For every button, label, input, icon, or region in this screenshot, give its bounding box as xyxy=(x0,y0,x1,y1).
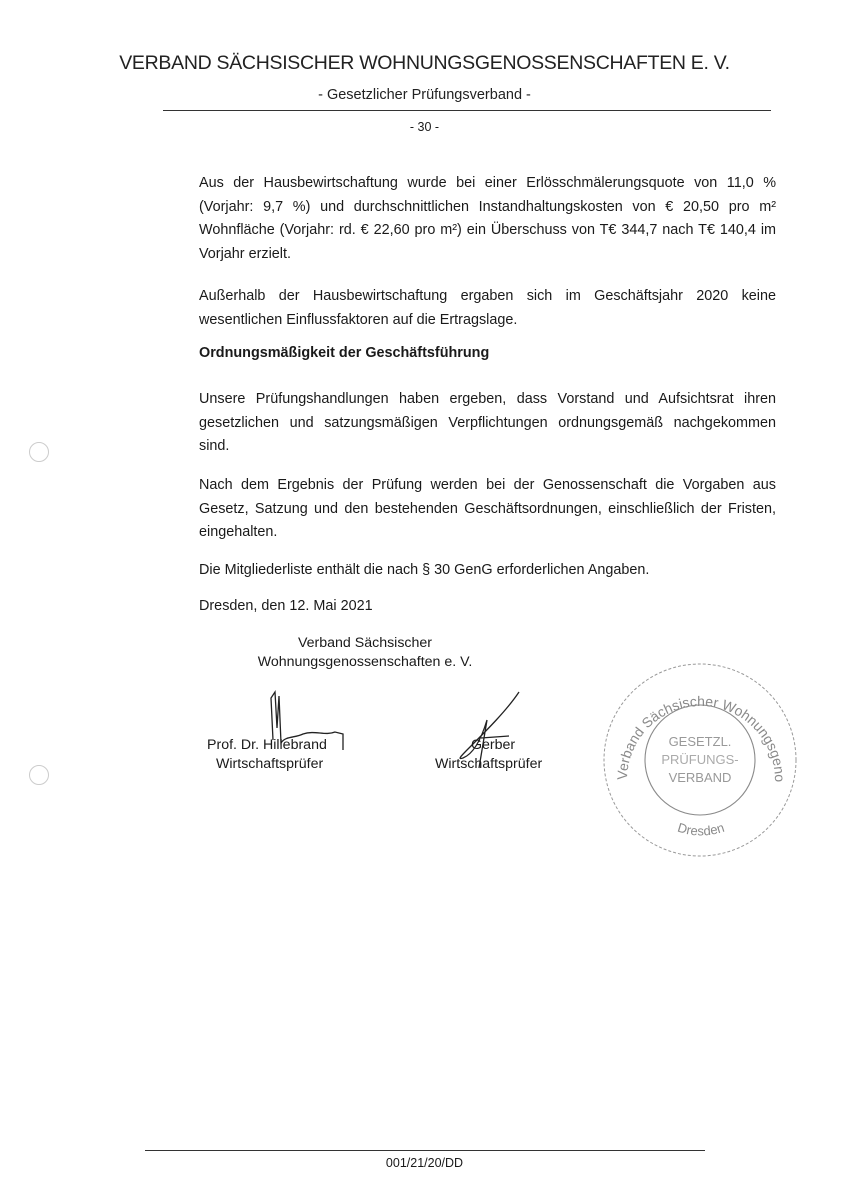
paragraph-pruefungshandlungen: Unsere Prüfungshandlungen haben ergeben,… xyxy=(199,388,776,459)
seal-center-line2: PRÜFUNGS- xyxy=(661,752,738,767)
svg-text:Dresden: Dresden xyxy=(676,820,726,839)
place-date: Dresden, den 12. Mai 2021 xyxy=(199,595,776,619)
signer2-title: Wirtschaftsprüfer xyxy=(435,755,542,774)
punch-hole-upper xyxy=(29,442,49,462)
section-heading: Ordnungsmäßigkeit der Geschäftsführung xyxy=(199,345,489,361)
paragraph-mitgliederliste: Die Mitgliederliste enthält die nach § 3… xyxy=(199,559,776,583)
official-seal: Verband Sächsischer Wohnungsgenossenscha… xyxy=(597,660,802,860)
seal-center-line3: VERBAND xyxy=(669,770,732,785)
seal-bottom-text: Dresden xyxy=(676,820,726,839)
footer-divider xyxy=(145,1150,705,1151)
page-number: - 30 - xyxy=(0,120,849,134)
signature-organization: Verband Sächsischer Wohnungsgenossenscha… xyxy=(200,634,530,672)
paragraph-hausbewirtschaftung: Aus der Hausbewirtschaftung wurde bei ei… xyxy=(199,172,776,266)
organization-subtitle: - Gesetzlicher Prüfungsverband - xyxy=(0,87,849,103)
signer1-name: Prof. Dr. Hillebrand xyxy=(207,736,327,755)
paragraph-ertragslage: Außerhalb der Hausbewirtschaftung ergabe… xyxy=(199,285,776,332)
organization-title: VERBAND SÄCHSISCHER WOHNUNGSGENOSSENSCHA… xyxy=(0,52,849,75)
document-reference: 001/21/20/DD xyxy=(0,1156,849,1170)
signer1-title: Wirtschaftsprüfer xyxy=(216,755,323,774)
signature-org-line1: Verband Sächsischer xyxy=(200,634,530,653)
signer2-name: Gerber xyxy=(471,736,515,755)
signature-org-line2: Wohnungsgenossenschaften e. V. xyxy=(200,653,530,672)
seal-center-line1: GESETZL. xyxy=(669,734,732,749)
punch-hole-lower xyxy=(29,765,49,785)
paragraph-ergebnis: Nach dem Ergebnis der Prüfung werden bei… xyxy=(199,474,776,545)
header-divider xyxy=(163,110,771,111)
